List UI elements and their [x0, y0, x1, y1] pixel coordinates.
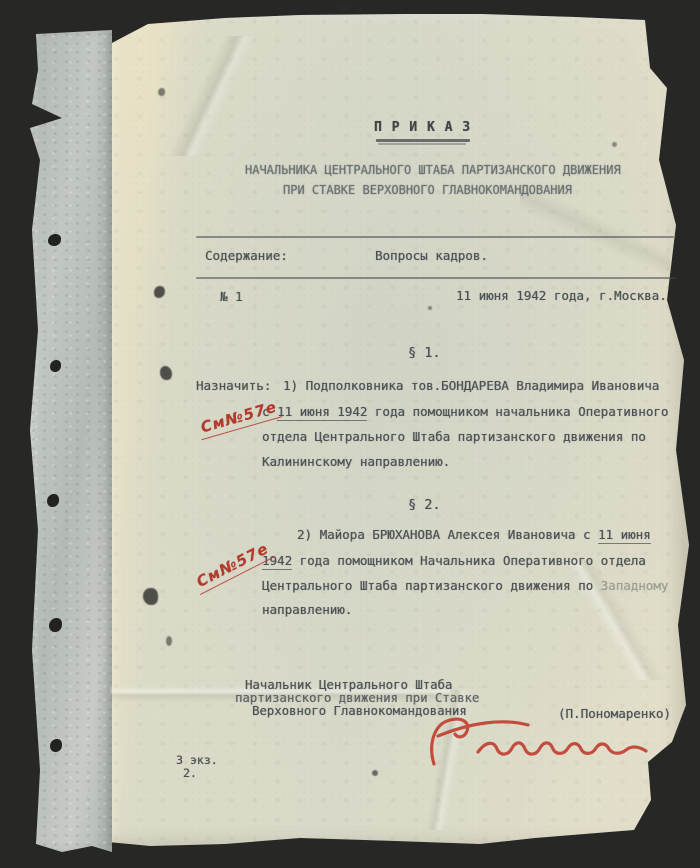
text-run: года помощником Начальника Оперативного …	[292, 553, 646, 568]
issuer-line-2: ПРИ СТАВКЕ ВЕРХОВНОГО ГЛАВНОКОМАНДОВАНИЯ	[283, 183, 572, 197]
section-1-lead: Назначить:	[196, 378, 271, 393]
underlined-date: 11 июня	[598, 527, 651, 544]
signature-ink	[420, 712, 660, 772]
section-2-line-2: 1942 года помощником Начальника Оператив…	[262, 553, 646, 568]
copies-count: 3 экз.	[176, 753, 218, 767]
text-run: Центрального Штаба партизанского движени…	[262, 578, 601, 593]
section-1-line-3: отдела Центрального Штаба партизанского …	[262, 429, 646, 444]
text-run: года помощником начальника Оперативного	[367, 404, 668, 419]
section-1-line-2: с 11 июня 1942 года помощником начальник…	[262, 404, 668, 419]
section-2-line-4: направлению.	[262, 602, 352, 617]
subject-label: Содержание:	[205, 248, 288, 263]
order-number: № 1	[220, 289, 243, 304]
section-2-line-3: Центрального Штаба партизанского движени…	[262, 578, 668, 593]
faded-text-run: Западному	[601, 578, 669, 593]
title-underline	[376, 139, 470, 142]
subject-value: Вопросы кадров.	[375, 248, 488, 263]
section-2-heading: § 2.	[408, 497, 441, 513]
scanned-document-photo: П Р И К А З НАЧАЛЬНИКА ЦЕНТРАЛЬНОГО ШТАБ…	[0, 0, 700, 868]
divider-top	[196, 236, 674, 238]
date-and-place: 11 июня 1942 года, г.Москва.	[456, 288, 667, 303]
section-1-line-1: 1) Подполковника тов.БОНДАРЕВА Владимира…	[283, 378, 659, 393]
title-underline-2	[378, 143, 466, 145]
copy-number: 2.	[183, 766, 197, 780]
section-2-line-1: 2) Майора БРЮХАНОВА Алексея Ивановича с …	[297, 527, 651, 542]
divider-bottom	[196, 277, 676, 279]
underlined-date: 11 июня 1942	[277, 404, 367, 421]
issuer-line-1: НАЧАЛЬНИКА ЦЕНТРАЛЬНОГО ШТАБА ПАРТИЗАНСК…	[245, 163, 621, 177]
section-1-line-4: Калининскому направлению.	[262, 454, 450, 469]
order-title: П Р И К А З	[374, 120, 471, 135]
text-run: 2) Майора БРЮХАНОВА Алексея Ивановича с	[297, 527, 598, 542]
section-1-heading: § 1.	[408, 345, 441, 361]
